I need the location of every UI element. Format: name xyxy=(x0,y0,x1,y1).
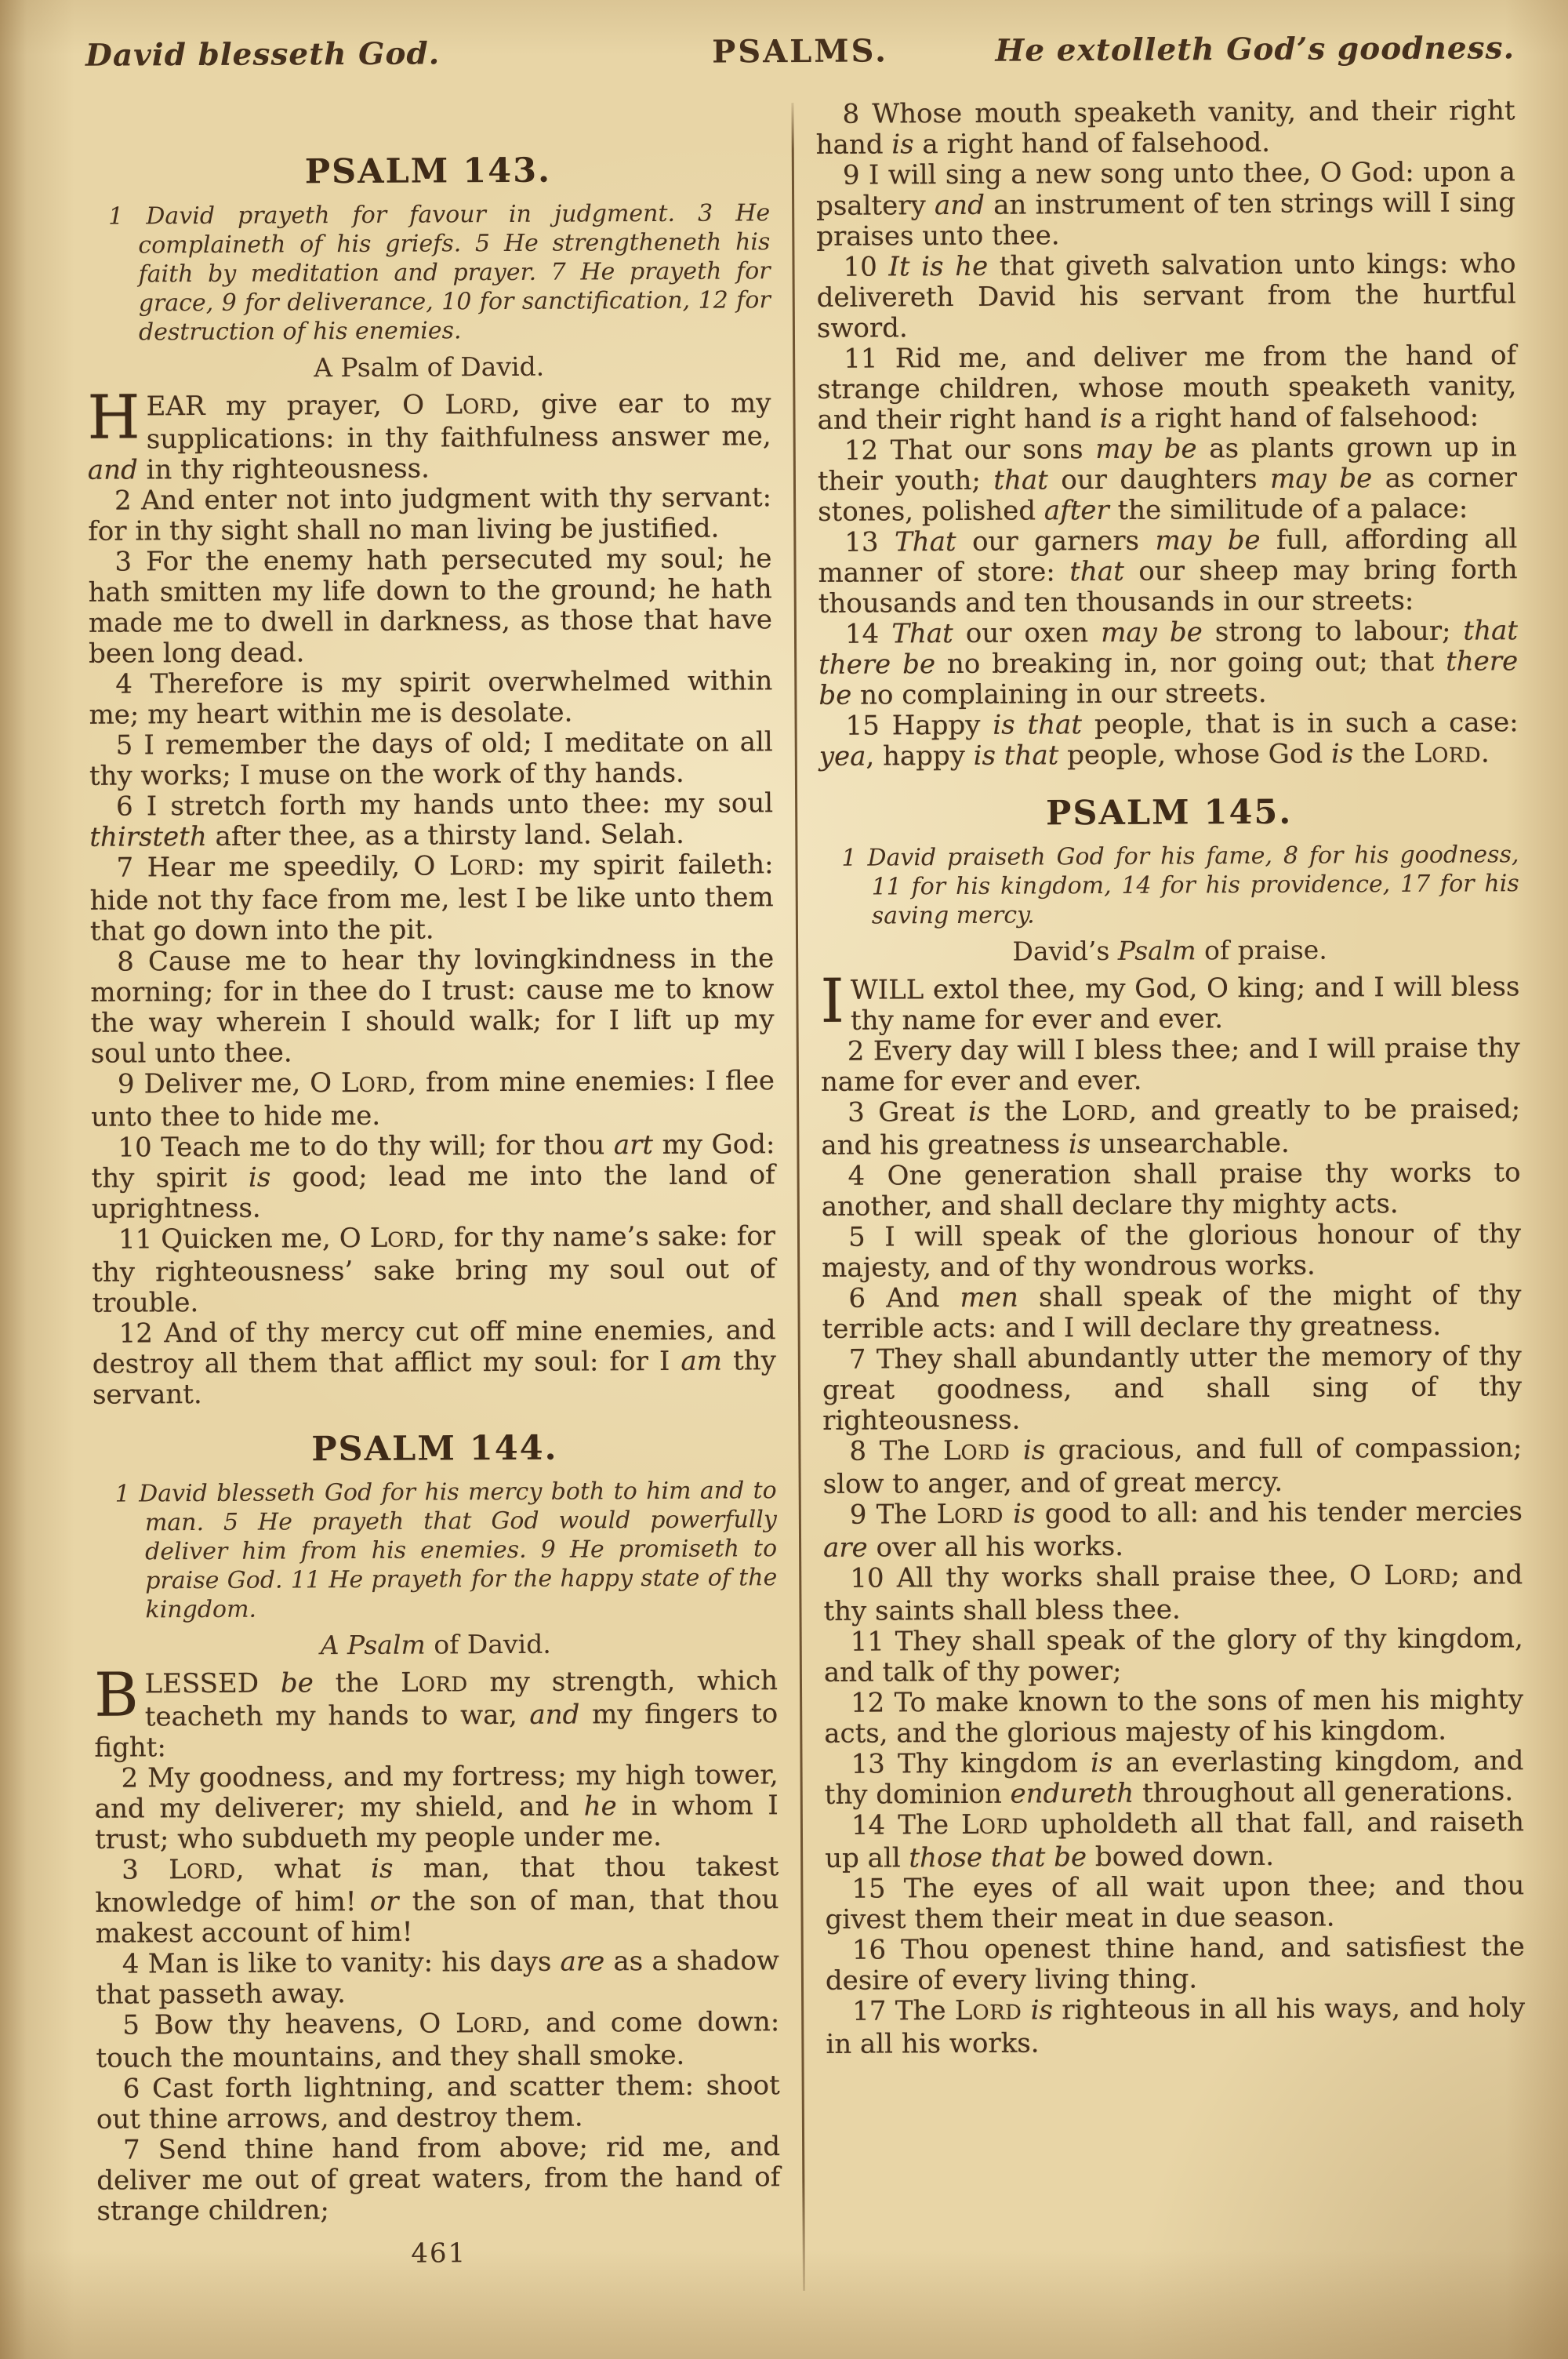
verse: 10 It is he that giveth salvation unto k… xyxy=(816,249,1516,344)
psalm-145-verses: IWILL extol thee, my God, O king; and I … xyxy=(820,972,1525,2060)
verse: 3 For the enemy hath persecuted my soul;… xyxy=(88,543,772,670)
left-column: PSALM 143. 1 David prayeth for favour in… xyxy=(85,100,780,2271)
psalm-144-verses-1-7: BLESSED be the LORD my strength, which t… xyxy=(94,1666,781,2227)
verse-number: 15 xyxy=(845,710,879,741)
psalm-145-subtitle: David’s Psalm of praise. xyxy=(820,933,1519,968)
verse: 14 That our oxen may be strong to labour… xyxy=(818,616,1519,711)
psalm-144-verses-8-15: 8 Whose mouth speaketh vanity, and their… xyxy=(815,96,1518,775)
verse: 15 Happy is that people, that is in such… xyxy=(818,707,1518,775)
drop-cap: I xyxy=(820,976,851,1026)
verse-number: 8 xyxy=(849,1436,866,1467)
verse: 9 The LORD is good to all: and his tende… xyxy=(823,1496,1523,1564)
drop-cap: B xyxy=(94,1669,145,1719)
verse: 5 I remember the days of old; I meditate… xyxy=(89,727,773,792)
verse-number: 13 xyxy=(851,1748,884,1779)
verse-number: 4 xyxy=(122,1948,140,1979)
verse-number: 6 xyxy=(848,1283,866,1314)
verse: 6 Cast forth lightning, and scatter them… xyxy=(96,2070,780,2135)
verse: 10 Teach me to do thy will; for thou art… xyxy=(91,1129,775,1225)
psalm-145-summary: 1 David praiseth God for his fame, 8 for… xyxy=(819,840,1519,931)
verse: IWILL extol thee, my God, O king; and I … xyxy=(820,972,1519,1037)
verse: 6 And men shall speak of the might of th… xyxy=(822,1280,1521,1345)
verse: 4 Therefore is my spirit overwhelmed wit… xyxy=(89,666,772,731)
verse-number: 2 xyxy=(848,1036,865,1067)
verse-number: 5 xyxy=(122,2009,140,2041)
verse-number: 3 xyxy=(848,1097,865,1129)
verse: 7 Send thine hand from above; rid me, an… xyxy=(96,2132,781,2227)
psalm-143-summary: 1 David prayeth for favour in judgment. … xyxy=(86,198,771,347)
psalm-143-title: PSALM 143. xyxy=(86,150,770,193)
verse-number: 16 xyxy=(852,1934,886,1965)
psalm-143-verses: HEAR my prayer, O LORD, give ear to my s… xyxy=(87,388,776,1411)
verse-number: 10 xyxy=(850,1562,884,1594)
verse: 15 The eyes of all wait upon thee; and t… xyxy=(825,1870,1524,1936)
verse: 4 One generation shall praise thy works … xyxy=(822,1158,1521,1223)
verse-number: 5 xyxy=(848,1222,866,1253)
bible-page: David blesseth God. PSALMS. He extolleth… xyxy=(0,0,1568,2359)
verse-number: 8 xyxy=(842,99,859,130)
verse: 8 The LORD is gracious, and full of comp… xyxy=(822,1433,1522,1500)
psalm-144-subtitle: A Psalm of David. xyxy=(94,1627,778,1662)
verse-number: 7 xyxy=(116,852,133,883)
verse: 13 Thy kingdom is an everlasting kingdom… xyxy=(824,1746,1523,1811)
verse: 11 They shall speak of the glory of thy … xyxy=(824,1623,1523,1688)
verse-number: 9 xyxy=(843,160,860,191)
verse: 17 The LORD is righteous in all his ways… xyxy=(826,1993,1525,2060)
verse: 2 Every day will I bless thee; and I wil… xyxy=(821,1033,1520,1098)
verse: 5 Bow thy heavens, O LORD, and come down… xyxy=(96,2007,779,2074)
verse: HEAR my prayer, O LORD, give ear to my s… xyxy=(87,388,771,486)
psalm-143-subtitle: A Psalm of David. xyxy=(87,350,771,384)
verse: 3 Great is the LORD, and greatly to be p… xyxy=(821,1094,1520,1161)
verse: 5 I will speak of the glorious honour of… xyxy=(822,1219,1521,1284)
verse: 2 And enter not into judgment with thy s… xyxy=(88,482,771,547)
verse-number: 9 xyxy=(118,1068,135,1100)
verse-number: 3 xyxy=(114,546,132,577)
verse: 12 To make known to the sons of men his … xyxy=(824,1685,1523,1750)
verse: 13 That our garners may be full, affordi… xyxy=(818,524,1518,620)
page-content: David blesseth God. PSALMS. He extolleth… xyxy=(85,29,1526,2295)
psalm-144-title: PSALM 144. xyxy=(93,1427,776,1470)
verse-number: 12 xyxy=(119,1318,153,1349)
verse: 6 I stretch forth my hands unto thee: my… xyxy=(89,788,773,853)
verse-number: 17 xyxy=(852,1995,886,2026)
verse: 11 Rid me, and deliver me from the hand … xyxy=(817,340,1517,436)
verse: 12 And of thy mercy cut off mine enemies… xyxy=(93,1315,777,1411)
psalm-144-summary: 1 David blesseth God for his mercy both … xyxy=(93,1476,778,1625)
verse-number: 10 xyxy=(843,252,877,283)
verse-number: 11 xyxy=(118,1223,152,1255)
verse-number: 7 xyxy=(123,2134,140,2165)
verse-number: 12 xyxy=(844,435,878,467)
verse: 12 That our sons may be as plants grown … xyxy=(818,432,1518,528)
verse-number: 15 xyxy=(851,1873,885,1904)
verse: 8 Whose mouth speaketh vanity, and their… xyxy=(815,96,1515,161)
verse: 4 Man is like to vanity: his days are as… xyxy=(96,1946,779,2011)
verse: 3 LORD, what is man, that thou takest kn… xyxy=(95,1852,779,1950)
verse-number: 4 xyxy=(115,668,132,700)
verse-number: 8 xyxy=(117,946,134,977)
drop-cap: H xyxy=(87,391,146,442)
verse-number: 7 xyxy=(849,1344,866,1376)
verse-number: 3 xyxy=(122,1854,139,1885)
verse-number: 2 xyxy=(114,485,132,516)
verse-number: 14 xyxy=(851,1809,885,1841)
verse: 11 Quicken me, O LORD, for thy name’s sa… xyxy=(92,1221,776,1319)
verse: 16 Thou openest thine hand, and satisfie… xyxy=(826,1932,1525,1997)
verse: 8 Cause me to hear thy lovingkindness in… xyxy=(90,943,775,1070)
verse-number: 14 xyxy=(845,618,879,649)
verse: 9 I will sing a new song unto thee, O Go… xyxy=(816,157,1516,253)
verse-number: 9 xyxy=(850,1499,867,1531)
running-head: David blesseth God. PSALMS. He extolleth… xyxy=(85,29,1515,74)
running-head-right: He extolleth God’s goodness. xyxy=(888,30,1515,69)
page-number: 461 xyxy=(97,2236,781,2271)
two-column-text: PSALM 143. 1 David prayeth for favour in… xyxy=(85,96,1526,2295)
psalm-145-title: PSALM 145. xyxy=(819,791,1519,834)
verse-number: 6 xyxy=(116,791,133,822)
verse: 9 Deliver me, O LORD, from mine enemies:… xyxy=(91,1066,775,1133)
verse-number: 2 xyxy=(122,1762,139,1794)
verse: 7 They shall abundantly utter the memory… xyxy=(822,1341,1523,1437)
verse: BLESSED be the LORD my strength, which t… xyxy=(94,1666,779,1764)
verse-number: 11 xyxy=(844,343,877,375)
verse-number: 12 xyxy=(851,1687,884,1718)
running-head-left: David blesseth God. xyxy=(85,35,712,74)
verse: 7 Hear me speedily, O LORD: my spirit fa… xyxy=(89,849,774,947)
verse: 14 The LORD upholdeth all that fall, and… xyxy=(825,1807,1524,1874)
running-head-title: PSALMS. xyxy=(712,32,888,70)
verse: 2 My goodness, and my fortress; my high … xyxy=(95,1760,779,1856)
verse: 10 All thy works shall praise thee, O LO… xyxy=(823,1560,1523,1627)
verse-number: 4 xyxy=(848,1161,865,1192)
verse-number: 11 xyxy=(851,1626,884,1657)
verse-number: 6 xyxy=(123,2073,140,2104)
verse-number: 13 xyxy=(844,527,878,558)
right-column: 8 Whose mouth speaketh vanity, and their… xyxy=(815,96,1525,2060)
column-divider-rule xyxy=(791,103,805,2291)
verse-number: 10 xyxy=(118,1132,151,1163)
verse-number: 5 xyxy=(116,729,133,761)
